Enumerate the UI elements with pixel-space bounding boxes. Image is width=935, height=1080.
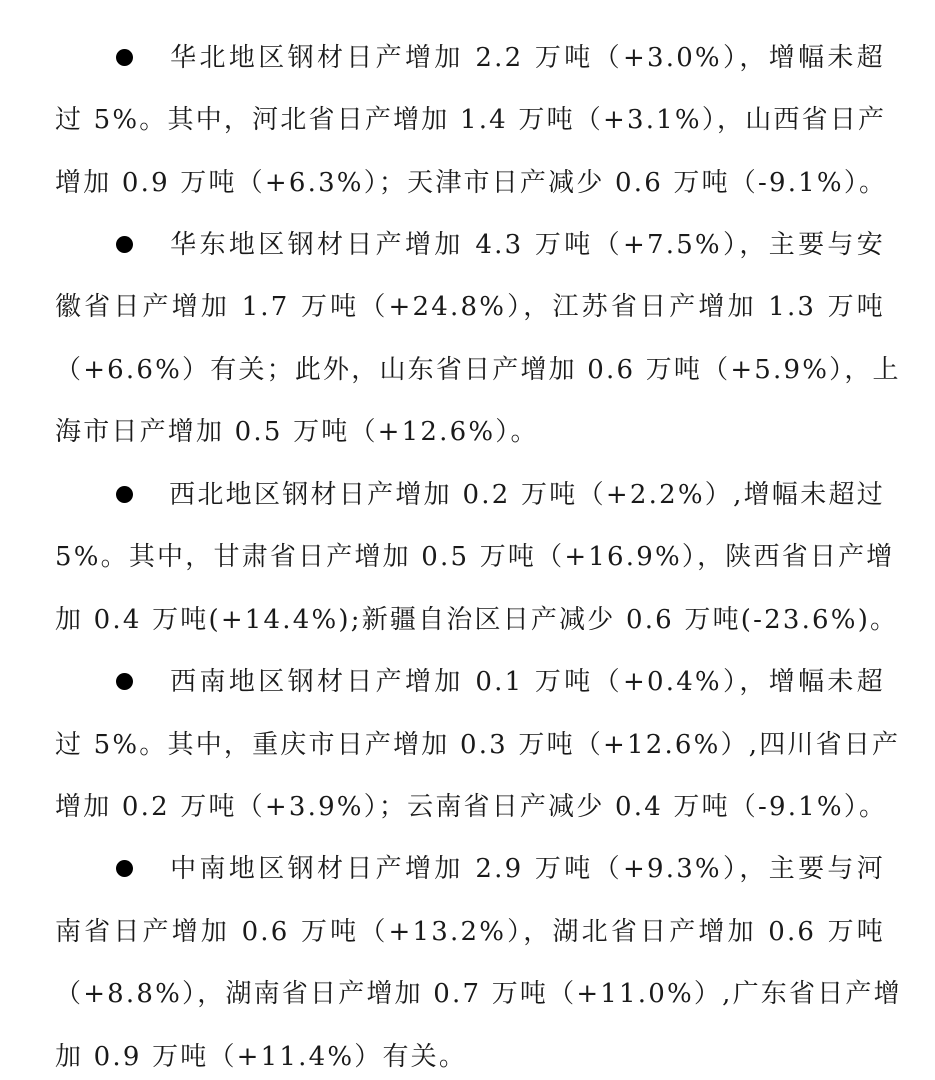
paragraph-east-china-line-4: 海市日产增加 0.5 万吨（+12.6%）。 <box>55 412 885 452</box>
document-page: 华北地区钢材日产增加 2.2 万吨（+3.0%），增幅未超 过 5%。其中，河北… <box>0 0 935 1080</box>
paragraph-north-china-line-2: 过 5%。其中，河北省日产增加 1.4 万吨（+3.1%），山西省日产 <box>55 100 885 140</box>
bullet-icon <box>116 486 133 503</box>
paragraph-central-south-line-1: 中南地区钢材日产增加 2.9 万吨（+9.3%），主要与河 <box>112 849 885 889</box>
paragraph-text: 西北地区钢材日产增加 0.2 万吨（+2.2%）,增幅未超过 <box>169 480 885 510</box>
bullet-icon <box>116 236 133 253</box>
paragraph-central-south-line-3: （+8.8%），湖南省日产增加 0.7 万吨（+11.0%）,广东省日产增 <box>55 974 885 1014</box>
paragraph-text: 中南地区钢材日产增加 2.9 万吨（+9.3%），主要与河 <box>169 854 885 884</box>
paragraph-text: 西南地区钢材日产增加 0.1 万吨（+0.4%），增幅未超 <box>169 667 885 697</box>
paragraph-southwest-line-1: 西南地区钢材日产增加 0.1 万吨（+0.4%），增幅未超 <box>112 662 885 702</box>
paragraph-text: 华东地区钢材日产增加 4.3 万吨（+7.5%），主要与安 <box>169 230 885 260</box>
paragraph-east-china-line-3: （+6.6%）有关；此外，山东省日产增加 0.6 万吨（+5.9%），上 <box>55 350 885 390</box>
bullet-icon <box>116 673 133 690</box>
paragraph-east-china-line-1: 华东地区钢材日产增加 4.3 万吨（+7.5%），主要与安 <box>112 225 885 265</box>
paragraph-northwest-line-1: 西北地区钢材日产增加 0.2 万吨（+2.2%）,增幅未超过 <box>112 475 885 515</box>
bullet-icon <box>116 49 133 66</box>
paragraph-southwest-line-2: 过 5%。其中，重庆市日产增加 0.3 万吨（+12.6%）,四川省日产 <box>55 725 885 765</box>
paragraph-central-south-line-4: 加 0.9 万吨（+11.4%）有关。 <box>55 1037 885 1077</box>
paragraph-central-south-line-2: 南省日产增加 0.6 万吨（+13.2%），湖北省日产增加 0.6 万吨 <box>55 912 885 952</box>
paragraph-east-china-line-2: 徽省日产增加 1.7 万吨（+24.8%），江苏省日产增加 1.3 万吨 <box>55 287 885 327</box>
paragraph-north-china-line-1: 华北地区钢材日产增加 2.2 万吨（+3.0%），增幅未超 <box>112 38 885 78</box>
bullet-icon <box>116 860 133 877</box>
paragraph-northwest-line-3: 加 0.4 万吨(+14.4%);新疆自治区日产减少 0.6 万吨(-23.6%… <box>55 600 885 640</box>
paragraph-northwest-line-2: 5%。其中，甘肃省日产增加 0.5 万吨（+16.9%），陕西省日产增 <box>55 537 885 577</box>
paragraph-southwest-line-3: 增加 0.2 万吨（+3.9%）；云南省日产减少 0.4 万吨（-9.1%）。 <box>55 787 885 827</box>
paragraph-north-china-line-3: 增加 0.9 万吨（+6.3%）；天津市日产减少 0.6 万吨（-9.1%）。 <box>55 163 885 203</box>
paragraph-text: 华北地区钢材日产增加 2.2 万吨（+3.0%），增幅未超 <box>169 43 885 73</box>
